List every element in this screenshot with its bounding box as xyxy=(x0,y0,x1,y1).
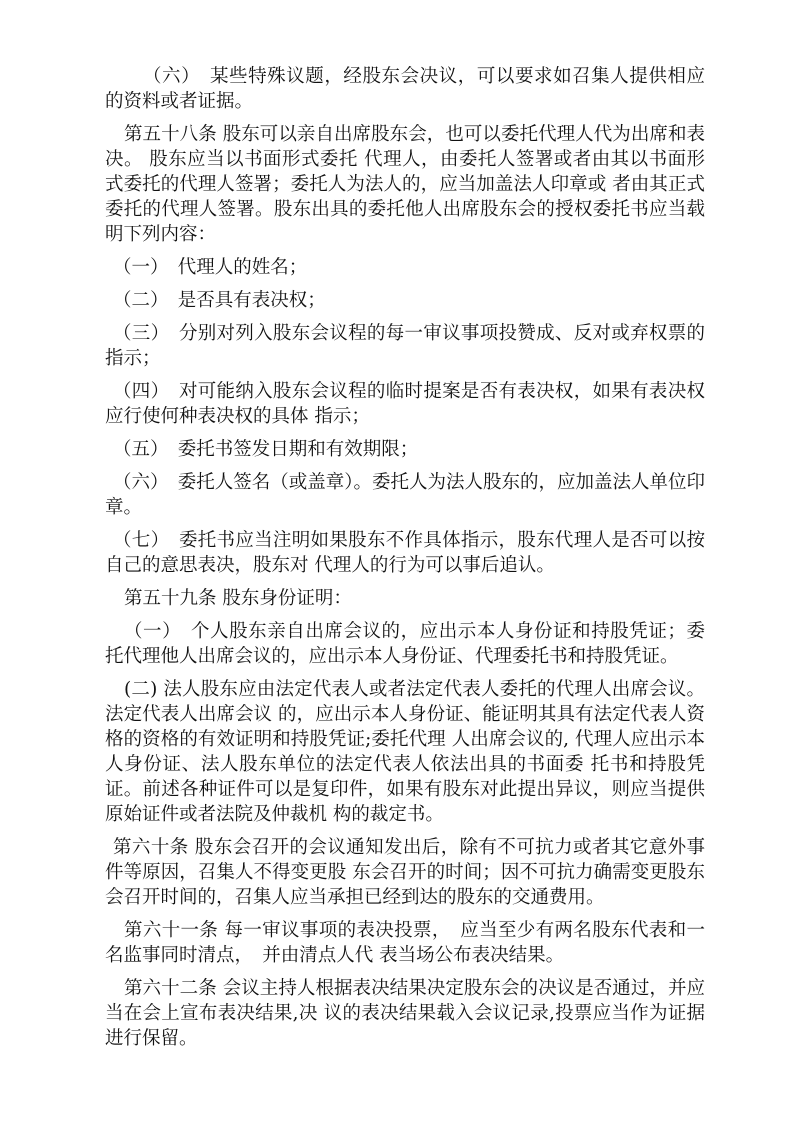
article-58-item-3: （三） 分别对列入股东会议程的每一审议事项投赞成、反对或弃权票的指示； xyxy=(105,321,705,371)
article-58-item-7: （七） 委托书应当注明如果股东不作具体指示，股东代理人是否可以按自己的意思表决，… xyxy=(105,528,705,578)
document-page: （六） 某些特殊议题，经股东会决议，可以要求如召集人提供相应的资料或者证据。 第… xyxy=(105,64,705,1059)
article-62: 第六十二条 会议主持人根据表决结果决定股东会的决议是否通过，并应当在会上宣布表决… xyxy=(105,976,705,1051)
article-59-item-2: (二) 法人股东应由法定代表人或者法定代表人委托的代理人出席会议。法定代表人出席… xyxy=(105,677,705,827)
article-61: 第六十一条 每一审议事项的表决投票， 应当至少有两名股东代表和一名监事同时清点，… xyxy=(105,918,705,968)
article-59-item-1: （一） 个人股东亲自出席会议的，应出示本人身份证和持股凭证；委托代理他人出席会议… xyxy=(105,619,705,669)
article-58-item-2: （二） 是否具有表决权； xyxy=(105,288,705,313)
clause-item-6-special-topics: （六） 某些特殊议题，经股东会决议，可以要求如召集人提供相应的资料或者证据。 xyxy=(105,64,705,114)
article-58-item-5: （五） 委托书签发日期和有效期限； xyxy=(105,437,705,462)
article-60: 第六十条 股东会召开的会议通知发出后，除有不可抗力或者其它意外事件等原因，召集人… xyxy=(105,835,705,910)
article-59: 第五十九条 股东身份证明： xyxy=(105,586,705,611)
article-58-item-4: （四） 对可能纳入股东会议程的临时提案是否有表决权，如果有表决权应行使何种表决权… xyxy=(105,379,705,429)
article-58-item-1: （一） 代理人的姓名； xyxy=(105,255,705,280)
article-58: 第五十八条 股东可以亲自出席股东会，也可以委托代理人代为出席和表决。 股东应当以… xyxy=(105,122,705,247)
article-58-item-6: （六） 委托人签名（或盖章）。委托人为法人股东的，应加盖法人单位印章。 xyxy=(105,470,705,520)
